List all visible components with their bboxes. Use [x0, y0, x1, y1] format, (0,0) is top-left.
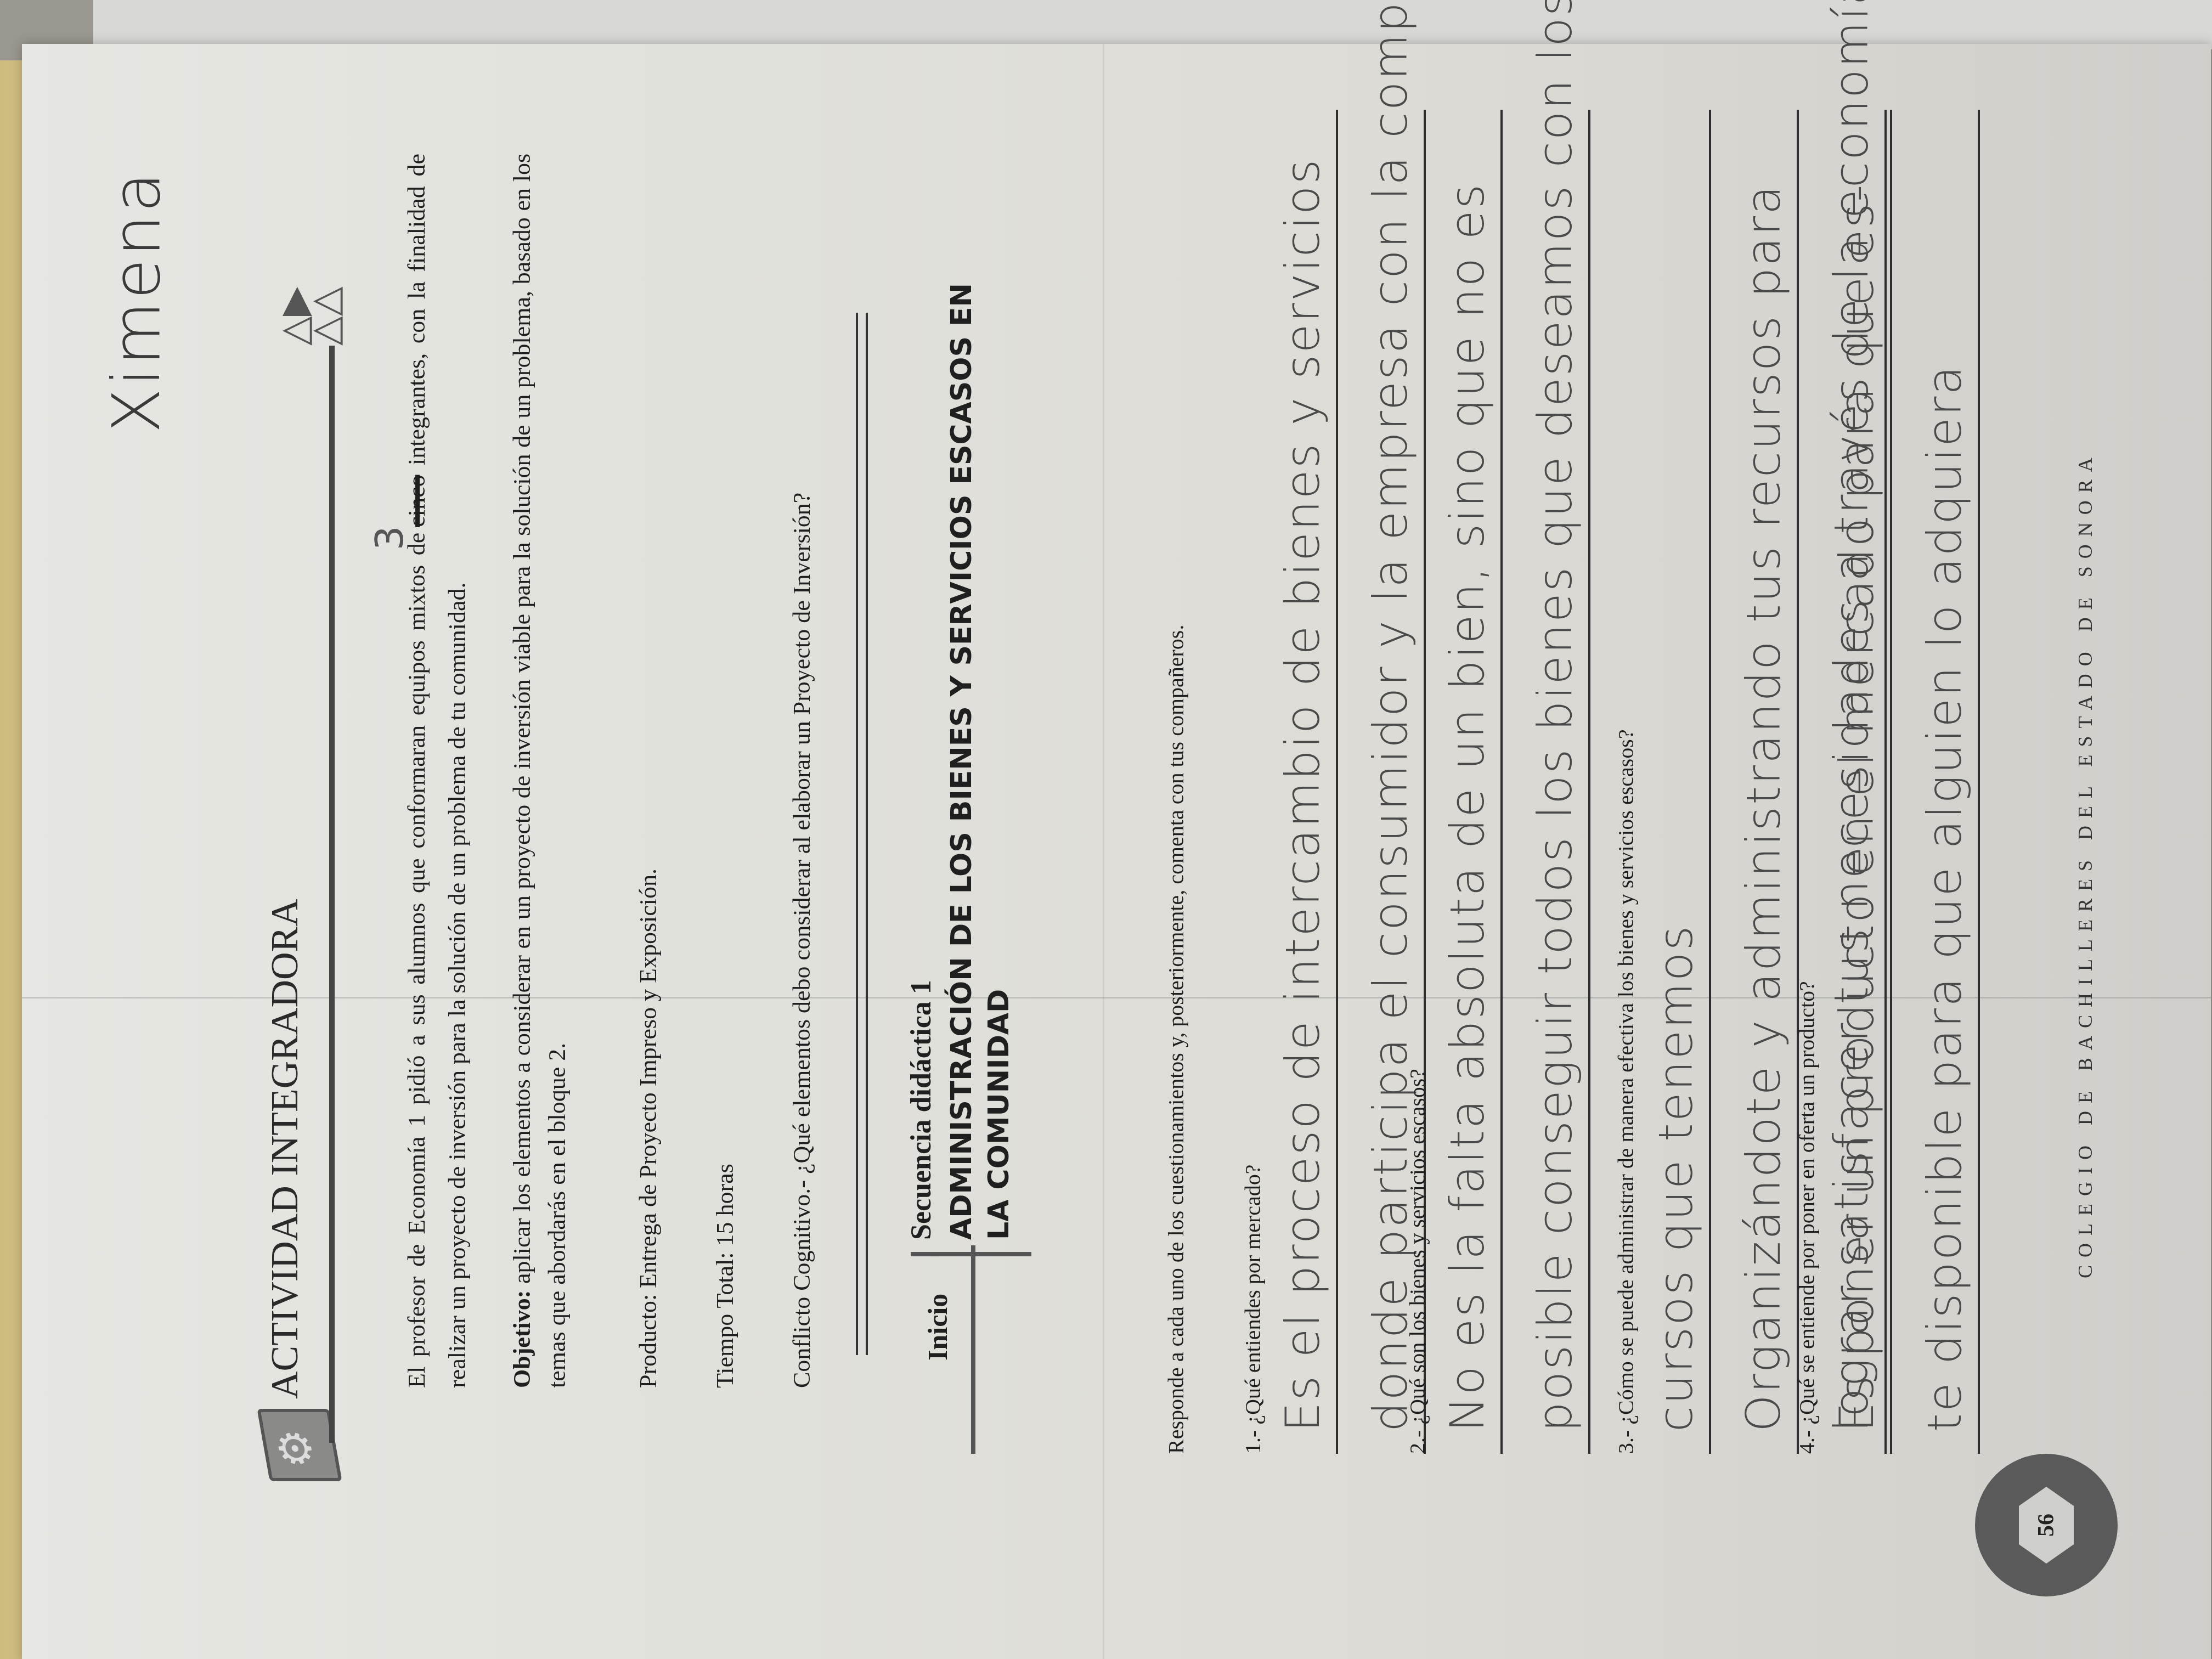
triangles-icon: △▶△△	[280, 286, 341, 346]
activity-total-time: Tiempo Total: 15 horas	[708, 154, 743, 1388]
answer-line	[1709, 110, 1711, 1454]
handwritten-answer[interactable]: posible conseguir todos los bienes que d…	[1528, 0, 1583, 1432]
activity-objective: Objetivo: aplicar los elementos a consid…	[505, 154, 575, 1388]
answer-line	[1978, 110, 1980, 1454]
answer-line	[1336, 110, 1338, 1454]
gear-icon: ⚙	[267, 1429, 325, 1468]
phase-rule	[971, 1245, 975, 1454]
sequence-label: Secuencia didáctica 1	[905, 980, 938, 1240]
handwritten-answer[interactable]: cursos que tenemos	[1649, 924, 1703, 1432]
sequence-title: ADMINISTRACIÓN DE LOS BIENES Y SERVICIOS…	[944, 252, 1018, 1240]
cognitive-conflict: Conflicto Cognitivo.- ¿Qué elementos deb…	[785, 154, 820, 1388]
question-prompt: 3.- ¿Cómo se puede administrar de manera…	[1613, 729, 1639, 1454]
activity-title: ACTIVIDAD INTEGRADORA	[263, 899, 307, 1399]
section-divider	[856, 313, 868, 1355]
handwritten-answer[interactable]: te disponible para que alguien lo adquie…	[1917, 364, 1972, 1432]
struck-word: cinco	[403, 475, 430, 527]
question-prompt: 4.- ¿Qué se entiende por poner en oferta…	[1794, 981, 1820, 1454]
handwritten-answer[interactable]: No es la falta absoluta de un bien, sino…	[1440, 183, 1495, 1432]
page-number-badge: 56	[1975, 1454, 2118, 1596]
instruction-text: Responde a cada uno de los cuestionamien…	[1163, 625, 1189, 1454]
institution-footer: COLEGIO DE BACHILLERES DEL ESTADO DE SON…	[2074, 450, 2097, 1278]
fold-crease	[1103, 44, 1104, 1659]
question-prompt: 1.- ¿Qué entiendes por mercado?	[1240, 1164, 1266, 1454]
phase-label: Inicio	[922, 1294, 953, 1361]
handwritten-correction: 3	[367, 526, 412, 551]
answer-line	[1884, 110, 1887, 1454]
header-rule	[329, 346, 335, 1443]
worksheet-page: Ximena ⚙ ACTIVIDAD INTEGRADORA △▶△△ El p…	[22, 44, 2211, 1659]
handwritten-answer[interactable]: Es el proceso de intercambio de bienes y…	[1276, 158, 1330, 1432]
handwritten-answer[interactable]: Organizándote y administrando tus recurs…	[1736, 184, 1791, 1432]
answer-line	[1500, 110, 1503, 1454]
page-number: 56	[2019, 1487, 2074, 1564]
activity-product: Producto: Entrega de Proyecto Impreso y …	[631, 154, 666, 1388]
student-name: Ximena	[99, 170, 175, 433]
answer-line	[1588, 110, 1590, 1454]
activity-intro: El profesor de Economía 1 pidió a sus al…	[384, 154, 475, 1388]
answer-line	[1890, 110, 1892, 1454]
paper-stack-background	[93, 0, 2212, 49]
handwritten-answer[interactable]: Es poner un producto en el mercado para …	[1830, 183, 1884, 1432]
question-prompt: 2.- ¿Qué son los bienes y servicios esca…	[1404, 1069, 1430, 1454]
